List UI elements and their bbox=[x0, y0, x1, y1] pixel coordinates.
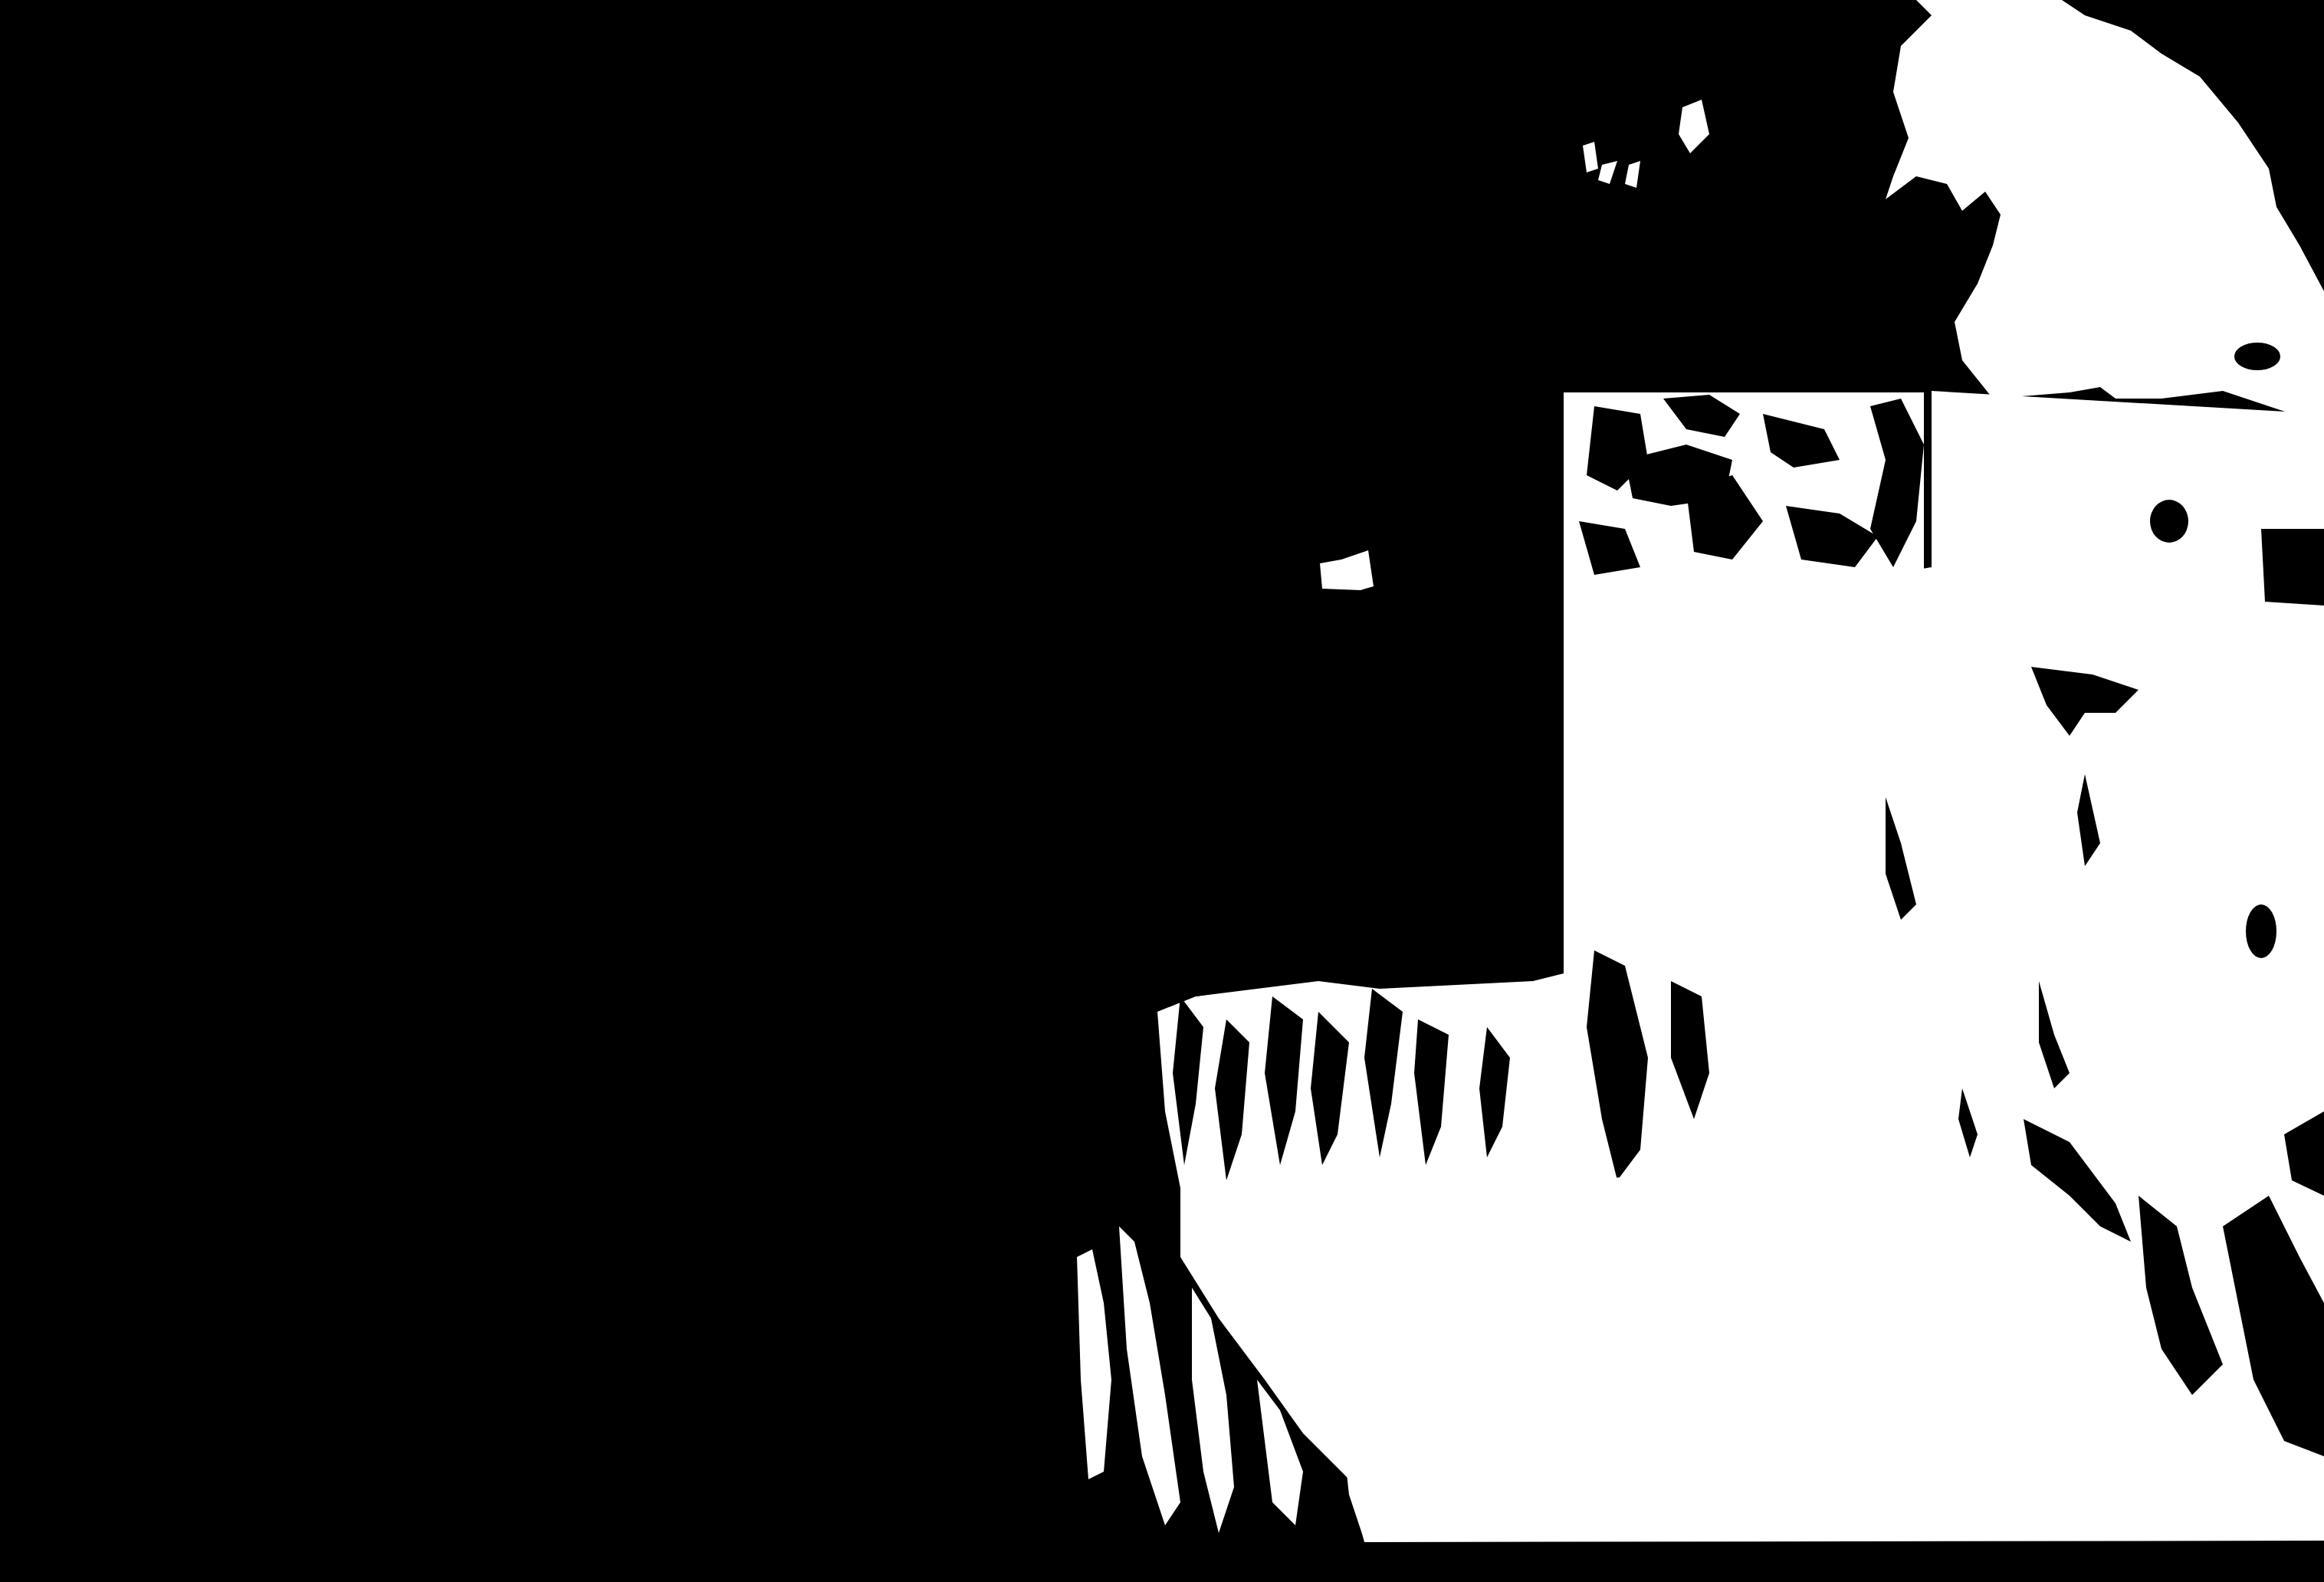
bottom-dark-strip bbox=[0, 1542, 2324, 1582]
binary-mask-image bbox=[0, 0, 2324, 1582]
